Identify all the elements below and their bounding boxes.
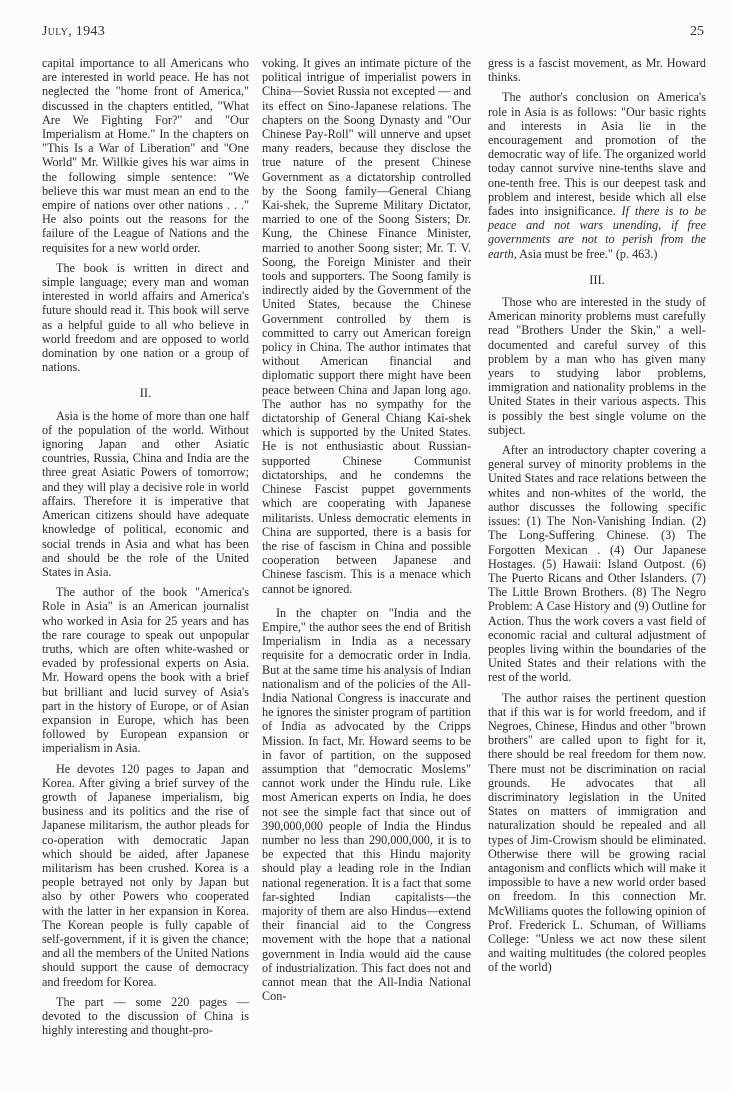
journal-date: July, 1943 [42,24,105,40]
paragraph-quote: The author's conclusion on America's rol… [488,90,706,260]
running-head: July, 1943 25 [42,24,704,40]
paragraph: Asia is the home of more than one half o… [42,409,249,579]
document-page: July, 1943 25 capital importance to all … [0,0,730,1094]
page-number: 25 [690,24,704,40]
paragraph: After an introductory chapter covering a… [488,443,706,684]
paragraph: He devotes 120 pages to Japan and Korea.… [42,762,249,989]
paragraph: Those who are interested in the study of… [488,295,706,437]
quote-end: , Asia must be free." (p. 463.) [514,247,658,261]
column-3: gress is a fascist movement, as Mr. Howa… [488,56,706,981]
paragraph: The author of the book "America's Role i… [42,585,249,755]
section-heading: III. [488,273,706,287]
paragraph: gress is a fascist movement, as Mr. Howa… [488,56,706,84]
paragraph: In the chapter on "India and the Empire,… [262,606,471,1004]
column-1: capital importance to all Americans who … [42,56,249,1043]
paragraph: The book is written in direct and simple… [42,261,249,375]
paragraph: capital importance to all Americans who … [42,56,249,255]
section-heading: II. [42,386,249,400]
paragraph: The part — some 220 pages — devoted to t… [42,995,249,1038]
paragraph: voking. It gives an intimate picture of … [262,56,471,596]
column-2: voking. It gives an intimate picture of … [262,56,471,1009]
paragraph: The author raises the pertinent question… [488,691,706,975]
quote-text: The author's conclusion on America's rol… [488,90,706,218]
